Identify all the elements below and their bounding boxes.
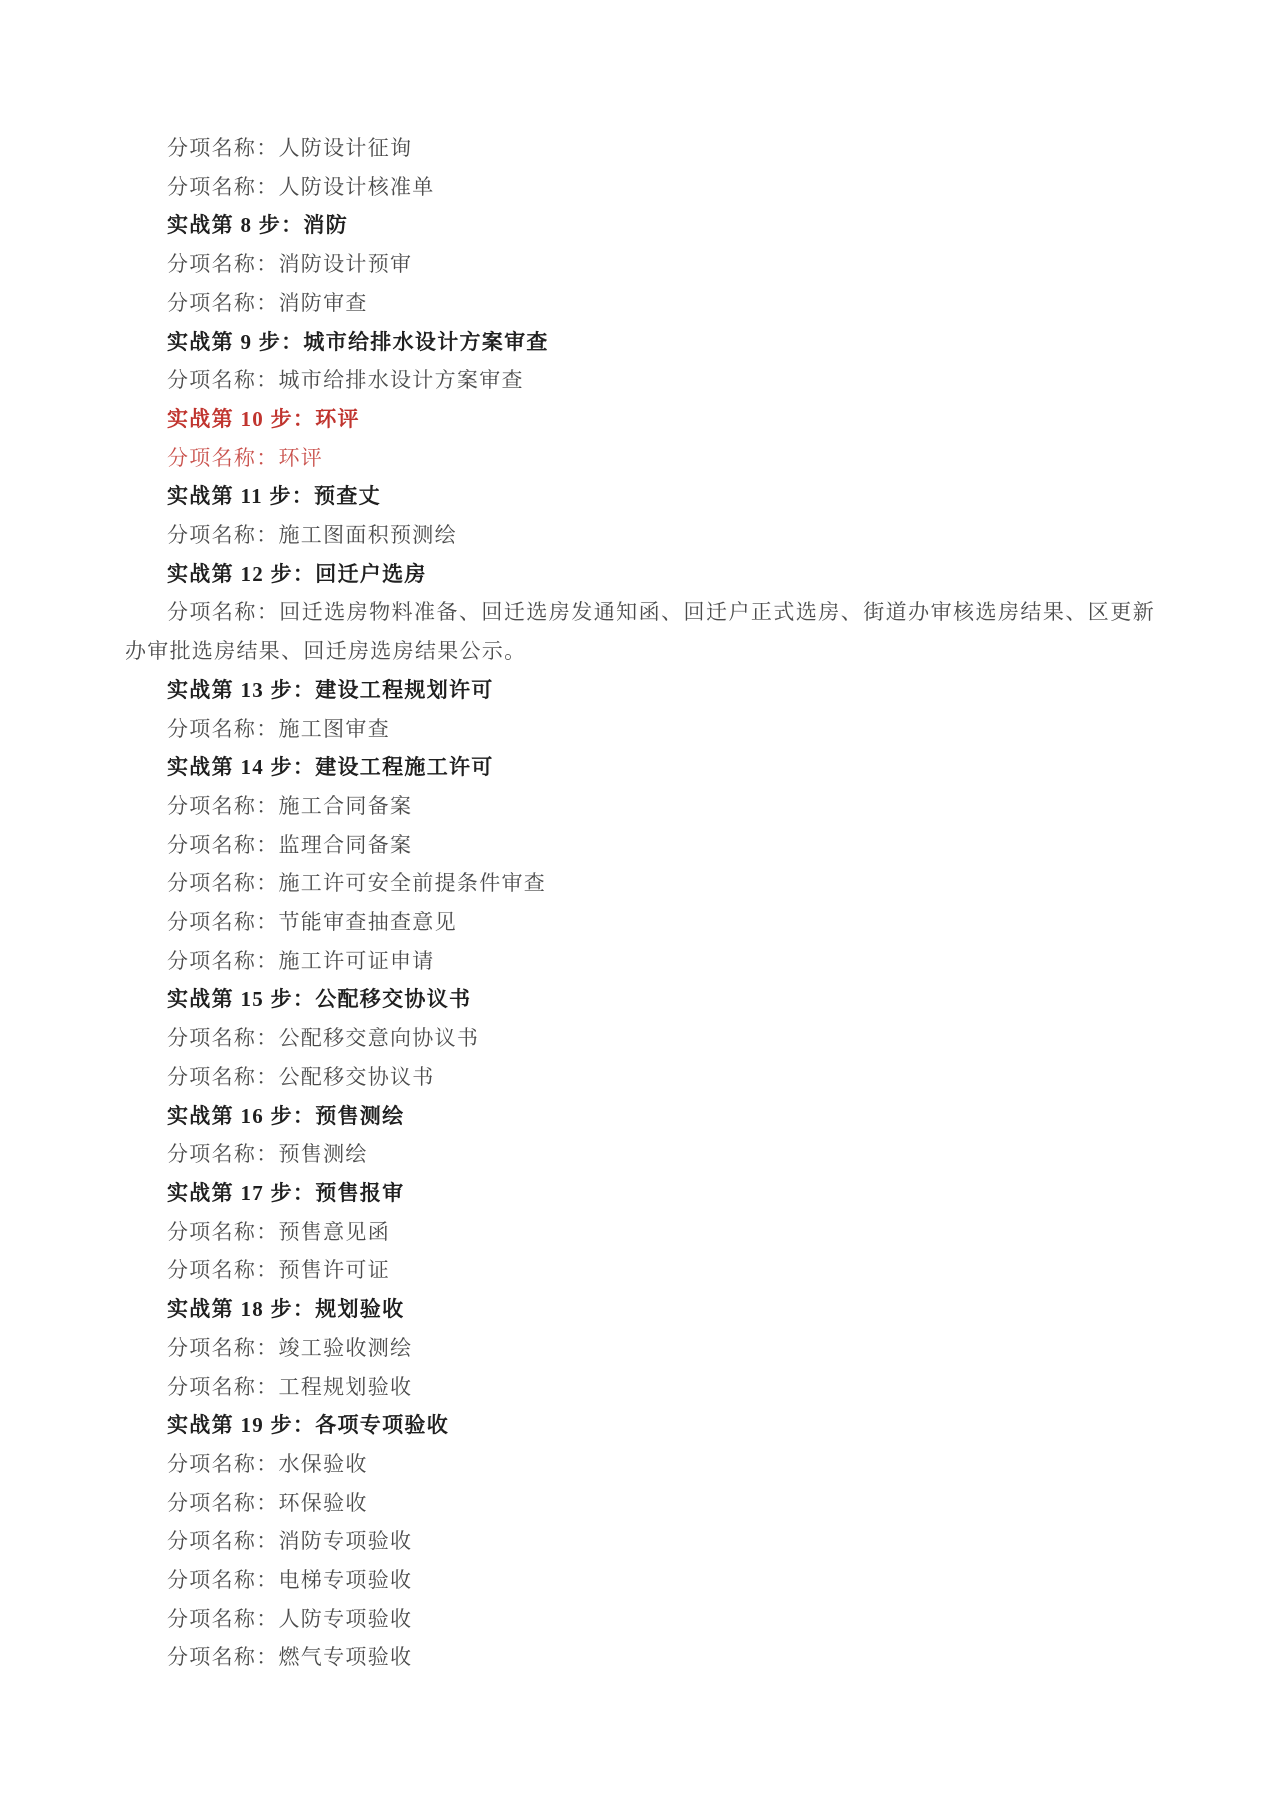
item-line: 分项名称：消防专项验收 — [125, 1522, 1155, 1561]
step-heading: 实战第 17 步：预售报审 — [125, 1174, 1155, 1213]
item-line: 分项名称：燃气专项验收 — [125, 1638, 1155, 1677]
checklist-document: 分项名称：人防设计征询分项名称：人防设计核准单实战第 8 步：消防分项名称：消防… — [125, 129, 1155, 1677]
step-heading: 实战第 8 步：消防 — [125, 206, 1155, 245]
item-line: 分项名称：消防审查 — [125, 284, 1155, 323]
step-heading: 实战第 12 步：回迁户选房 — [125, 555, 1155, 594]
step-heading: 实战第 18 步：规划验收 — [125, 1290, 1155, 1329]
item-line: 分项名称：施工许可安全前提条件审查 — [125, 864, 1155, 903]
step-heading: 实战第 14 步：建设工程施工许可 — [125, 748, 1155, 787]
item-line: 分项名称：人防设计核准单 — [125, 168, 1155, 207]
item-line: 分项名称：预售测绘 — [125, 1135, 1155, 1174]
item-line: 分项名称：环评 — [125, 439, 1155, 478]
item-line: 分项名称：监理合同备案 — [125, 826, 1155, 865]
step-heading: 实战第 10 步：环评 — [125, 400, 1155, 439]
step-heading: 实战第 16 步：预售测绘 — [125, 1097, 1155, 1136]
item-line: 分项名称：竣工验收测绘 — [125, 1329, 1155, 1368]
item-line: 分项名称：施工合同备案 — [125, 787, 1155, 826]
item-line: 分项名称：施工图面积预测绘 — [125, 516, 1155, 555]
step-heading: 实战第 11 步：预查丈 — [125, 477, 1155, 516]
step-heading: 实战第 19 步：各项专项验收 — [125, 1406, 1155, 1445]
item-line: 分项名称：人防专项验收 — [125, 1600, 1155, 1639]
item-line: 分项名称：电梯专项验收 — [125, 1561, 1155, 1600]
item-line: 分项名称：城市给排水设计方案审查 — [125, 361, 1155, 400]
item-line: 分项名称：工程规划验收 — [125, 1368, 1155, 1407]
item-line: 分项名称：预售许可证 — [125, 1251, 1155, 1290]
item-line: 分项名称：人防设计征询 — [125, 129, 1155, 168]
item-line: 分项名称：节能审查抽查意见 — [125, 903, 1155, 942]
item-line: 分项名称：水保验收 — [125, 1445, 1155, 1484]
item-line: 分项名称：公配移交协议书 — [125, 1058, 1155, 1097]
item-line: 分项名称：施工图审查 — [125, 710, 1155, 749]
item-line: 分项名称：消防设计预审 — [125, 245, 1155, 284]
item-line: 分项名称：施工许可证申请 — [125, 942, 1155, 981]
item-line: 分项名称：公配移交意向协议书 — [125, 1019, 1155, 1058]
step-heading: 实战第 9 步：城市给排水设计方案审查 — [125, 323, 1155, 362]
item-line: 分项名称：预售意见函 — [125, 1213, 1155, 1252]
item-line: 分项名称：回迁选房物料准备、回迁选房发通知函、回迁户正式选房、街道办审核选房结果… — [125, 593, 1155, 670]
page-background: { "page": { "background": "#ffffff", "co… — [0, 0, 1280, 1810]
item-line: 分项名称：环保验收 — [125, 1484, 1155, 1523]
step-heading: 实战第 15 步：公配移交协议书 — [125, 980, 1155, 1019]
step-heading: 实战第 13 步：建设工程规划许可 — [125, 671, 1155, 710]
